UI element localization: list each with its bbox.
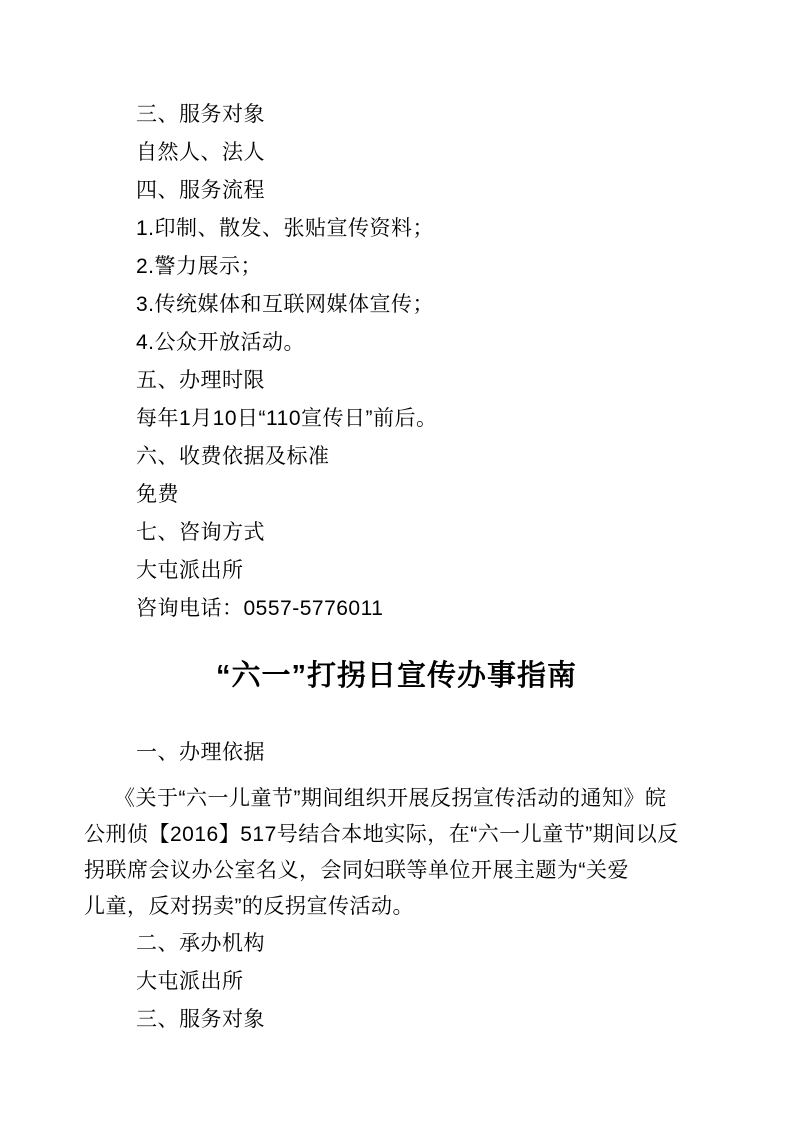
fee-value: 免费 [84, 476, 709, 514]
basis-paragraph-line-1: 《关于“六一儿童节”期间组织开展反拐宣传活动的通知》皖 [84, 781, 709, 817]
process-step-4: 4.公众开放活动。 [84, 324, 709, 362]
document-page: 三、服务对象 自然人、法人 四、服务流程 1.印制、散发、张贴宣传资料； 2.警… [0, 0, 793, 1122]
heading-fee-basis: 六、收费依据及标准 [84, 438, 709, 476]
heading-time-limit: 五、办理时限 [84, 362, 709, 400]
basis-paragraph: 《关于“六一儿童节”期间组织开展反拐宣传活动的通知》皖 公刑侦【2016】517… [84, 781, 709, 925]
basis-paragraph-line-3: 拐联席会议办公室名义，会同妇联等单位开展主题为“关爱 [84, 853, 709, 889]
heading-consult-method: 七、咨询方式 [84, 514, 709, 552]
process-step-3: 3.传统媒体和互联网媒体宣传； [84, 286, 709, 324]
guide-title: “六一”打拐日宣传办事指南 [84, 654, 709, 698]
heading-service-process: 四、服务流程 [84, 172, 709, 210]
undertaking-agency-value: 大屯派出所 [84, 963, 709, 1001]
heading-undertaking-agency: 二、承办机构 [84, 925, 709, 963]
service-target-value: 自然人、法人 [84, 134, 709, 172]
process-step-2: 2.警力展示； [84, 248, 709, 286]
time-limit-value: 每年1月10日“110宣传日”前后。 [84, 400, 709, 438]
heading-service-target-2: 三、服务对象 [84, 1001, 709, 1039]
document-content: 三、服务对象 自然人、法人 四、服务流程 1.印制、散发、张贴宣传资料； 2.警… [0, 0, 793, 1039]
process-step-1: 1.印制、散发、张贴宣传资料； [84, 210, 709, 248]
basis-paragraph-line-2: 公刑侦【2016】517号结合本地实际，在“六一儿童节”期间以反 [84, 817, 709, 853]
consult-agency: 大屯派出所 [84, 552, 709, 590]
heading-handling-basis: 一、办理依据 [84, 734, 709, 772]
consult-phone: 咨询电话：0557-5776011 [84, 590, 709, 628]
basis-paragraph-line-4: 儿童，反对拐卖”的反拐宣传活动。 [84, 889, 709, 925]
heading-service-target: 三、服务对象 [84, 96, 709, 134]
